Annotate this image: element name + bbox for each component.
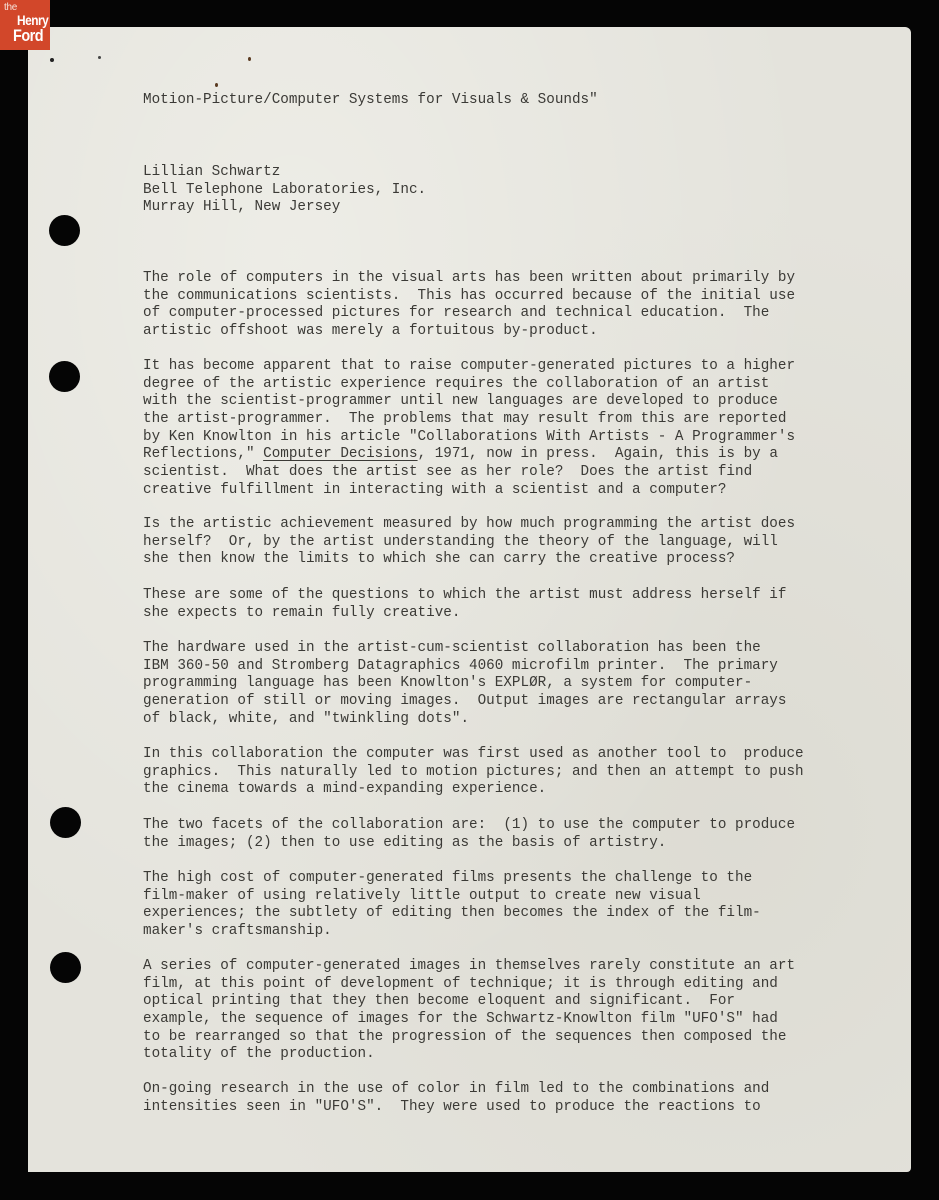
- paragraph: It has become apparent that to raise com…: [143, 358, 795, 500]
- text-line: of computer-processed pictures for resea…: [143, 305, 795, 323]
- text-line: graphics. This naturally led to motion p…: [143, 764, 804, 782]
- text-line: example, the sequence of images for the …: [143, 1011, 795, 1029]
- text-line: totality of the production.: [143, 1046, 795, 1064]
- paper-speck: [50, 58, 54, 62]
- paper-speck: [248, 57, 251, 61]
- text-line: the cinema towards a mind-expanding expe…: [143, 781, 804, 799]
- text-line: In this collaboration the computer was f…: [143, 746, 804, 764]
- text-line: maker's craftsmanship.: [143, 923, 761, 941]
- hole-punch-icon: [50, 807, 81, 838]
- paragraph: The high cost of computer-generated film…: [143, 870, 761, 941]
- text-line: programming language has been Knowlton's…: [143, 675, 786, 693]
- text-fragment: , 1971, now in press. Again, this is by …: [418, 446, 778, 462]
- text-line: she expects to remain fully creative.: [143, 605, 786, 623]
- paper-speck: [215, 83, 218, 87]
- paragraph: A series of computer-generated images in…: [143, 958, 795, 1064]
- paragraph: In this collaboration the computer was f…: [143, 746, 804, 799]
- text-line: Is the artistic achievement measured by …: [143, 516, 795, 534]
- text-line: The hardware used in the artist-cum-scie…: [143, 640, 786, 658]
- text-line: The two facets of the collaboration are:…: [143, 817, 795, 835]
- hole-punch-icon: [49, 215, 80, 246]
- text-line: The role of computers in the visual arts…: [143, 270, 795, 288]
- text-line: The high cost of computer-generated film…: [143, 870, 761, 888]
- paragraph: On-going research in the use of color in…: [143, 1081, 769, 1116]
- text-line: On-going research in the use of color in…: [143, 1081, 769, 1099]
- text-line: with the scientist-programmer until new …: [143, 393, 795, 411]
- paragraph: The hardware used in the artist-cum-scie…: [143, 640, 786, 728]
- text-line: the artist-programmer. The problems that…: [143, 411, 795, 429]
- text-line: artistic offshoot was merely a fortuitou…: [143, 323, 795, 341]
- text-line: It has become apparent that to raise com…: [143, 358, 795, 376]
- paragraph: These are some of the questions to which…: [143, 587, 786, 622]
- text-line: experiences; the subtlety of editing the…: [143, 905, 761, 923]
- text-line: intensities seen in "UFO'S". They were u…: [143, 1099, 769, 1117]
- text-line: the communications scientists. This has …: [143, 288, 795, 306]
- paragraph: The two facets of the collaboration are:…: [143, 817, 795, 852]
- text-line: A series of computer-generated images in…: [143, 958, 795, 976]
- text-line: generation of still or moving images. Ou…: [143, 693, 786, 711]
- hole-punch-icon: [49, 361, 80, 392]
- text-line: the images; (2) then to use editing as t…: [143, 835, 795, 853]
- text-line: by Ken Knowlton in his article "Collabor…: [143, 429, 795, 447]
- text-line: herself? Or, by the artist understanding…: [143, 534, 795, 552]
- text-fragment: Reflections,": [143, 446, 263, 462]
- text-line-with-citation: Reflections," Computer Decisions, 1971, …: [143, 446, 795, 464]
- text-line: of black, white, and "twinkling dots".: [143, 711, 786, 729]
- logo-text-henry: Henry: [17, 13, 48, 27]
- document-title: Motion-Picture/Computer Systems for Visu…: [143, 92, 598, 110]
- author-name: Lillian Schwartz: [143, 164, 280, 182]
- paragraph: The role of computers in the visual arts…: [143, 270, 795, 341]
- text-line: These are some of the questions to which…: [143, 587, 786, 605]
- logo-text-the: the: [4, 3, 17, 13]
- journal-title-underlined: Computer Decisions: [263, 446, 417, 462]
- text-line: degree of the artistic experience requir…: [143, 376, 795, 394]
- hole-punch-icon: [50, 952, 81, 983]
- logo-text-ford: Ford: [13, 27, 43, 44]
- text-line: she then know the limits to which she ca…: [143, 551, 795, 569]
- henry-ford-logo: the Henry Ford: [0, 0, 50, 50]
- paragraph: Is the artistic achievement measured by …: [143, 516, 795, 569]
- text-line: scientist. What does the artist see as h…: [143, 464, 795, 482]
- text-line: to be rearranged so that the progression…: [143, 1029, 795, 1047]
- author-organization: Bell Telephone Laboratories, Inc.: [143, 182, 426, 200]
- text-line: creative fulfillment in interacting with…: [143, 482, 795, 500]
- text-line: film, at this point of development of te…: [143, 976, 795, 994]
- text-line: optical printing that they then become e…: [143, 993, 795, 1011]
- text-line: IBM 360-50 and Stromberg Datagraphics 40…: [143, 658, 786, 676]
- author-location: Murray Hill, New Jersey: [143, 199, 340, 217]
- text-line: film-maker of using relatively little ou…: [143, 888, 761, 906]
- paper-speck: [98, 56, 101, 59]
